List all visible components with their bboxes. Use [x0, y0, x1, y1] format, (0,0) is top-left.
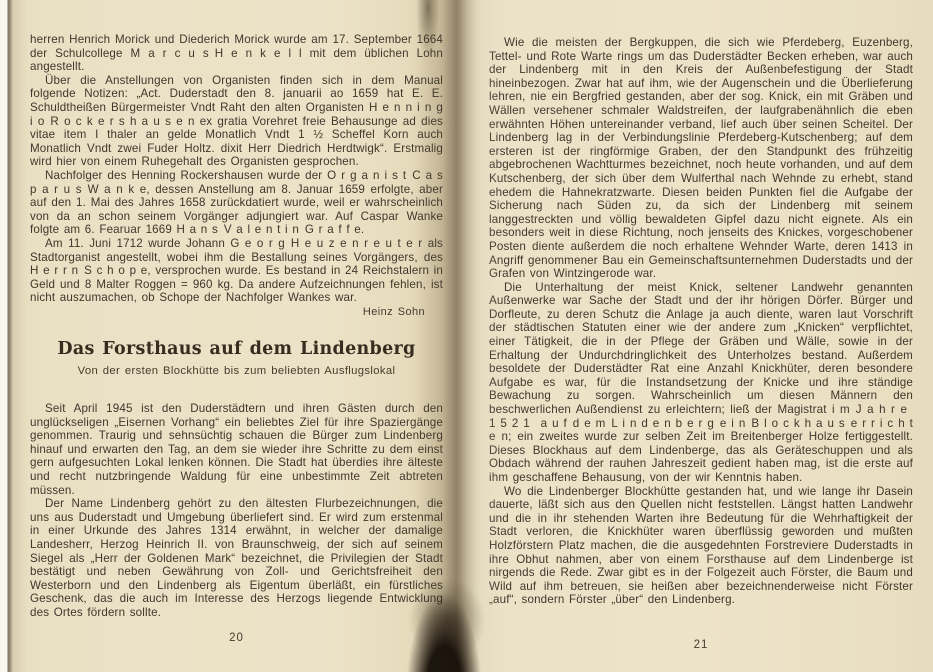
- paragraph: Wo die Lindenberger Blockhütte gestanden…: [489, 485, 913, 607]
- right-page: Wie die meisten der Bergkuppen, die sich…: [470, 0, 933, 672]
- section-title: Das Forsthaus auf dem Lindenberg: [30, 340, 443, 359]
- page-number: 21: [489, 639, 913, 651]
- paragraph: Seit April 1945 ist den Duderstädtern un…: [30, 402, 443, 497]
- page-number: 20: [30, 632, 443, 644]
- paragraph: Am 11. Juni 1712 wurde Johann G e o r g …: [30, 237, 443, 305]
- paragraph: Nachfolger des Henning Rockershausen wur…: [30, 169, 443, 237]
- paragraph: Über die Anstellungen von Organisten fin…: [30, 74, 443, 169]
- left-text-column: herren Henrich Morick und Diederich Mori…: [30, 33, 443, 620]
- author-signature: Heinz Sohn: [30, 306, 443, 320]
- right-text-column: Wie die meisten der Bergkuppen, die sich…: [489, 36, 913, 607]
- paragraph: Die Unterhaltung der meist Knick, selten…: [489, 281, 913, 485]
- paragraph: herren Henrich Morick und Diederich Mori…: [30, 33, 443, 74]
- book-spread: herren Henrich Morick und Diederich Mori…: [0, 0, 933, 672]
- left-page: herren Henrich Morick und Diederich Mori…: [12, 0, 458, 672]
- section-subtitle: Von der ersten Blockhütte bis zum belieb…: [30, 365, 443, 379]
- paragraph: Der Name Lindenberg gehört zu den ältest…: [30, 497, 443, 619]
- paragraph: Wie die meisten der Bergkuppen, die sich…: [489, 36, 913, 281]
